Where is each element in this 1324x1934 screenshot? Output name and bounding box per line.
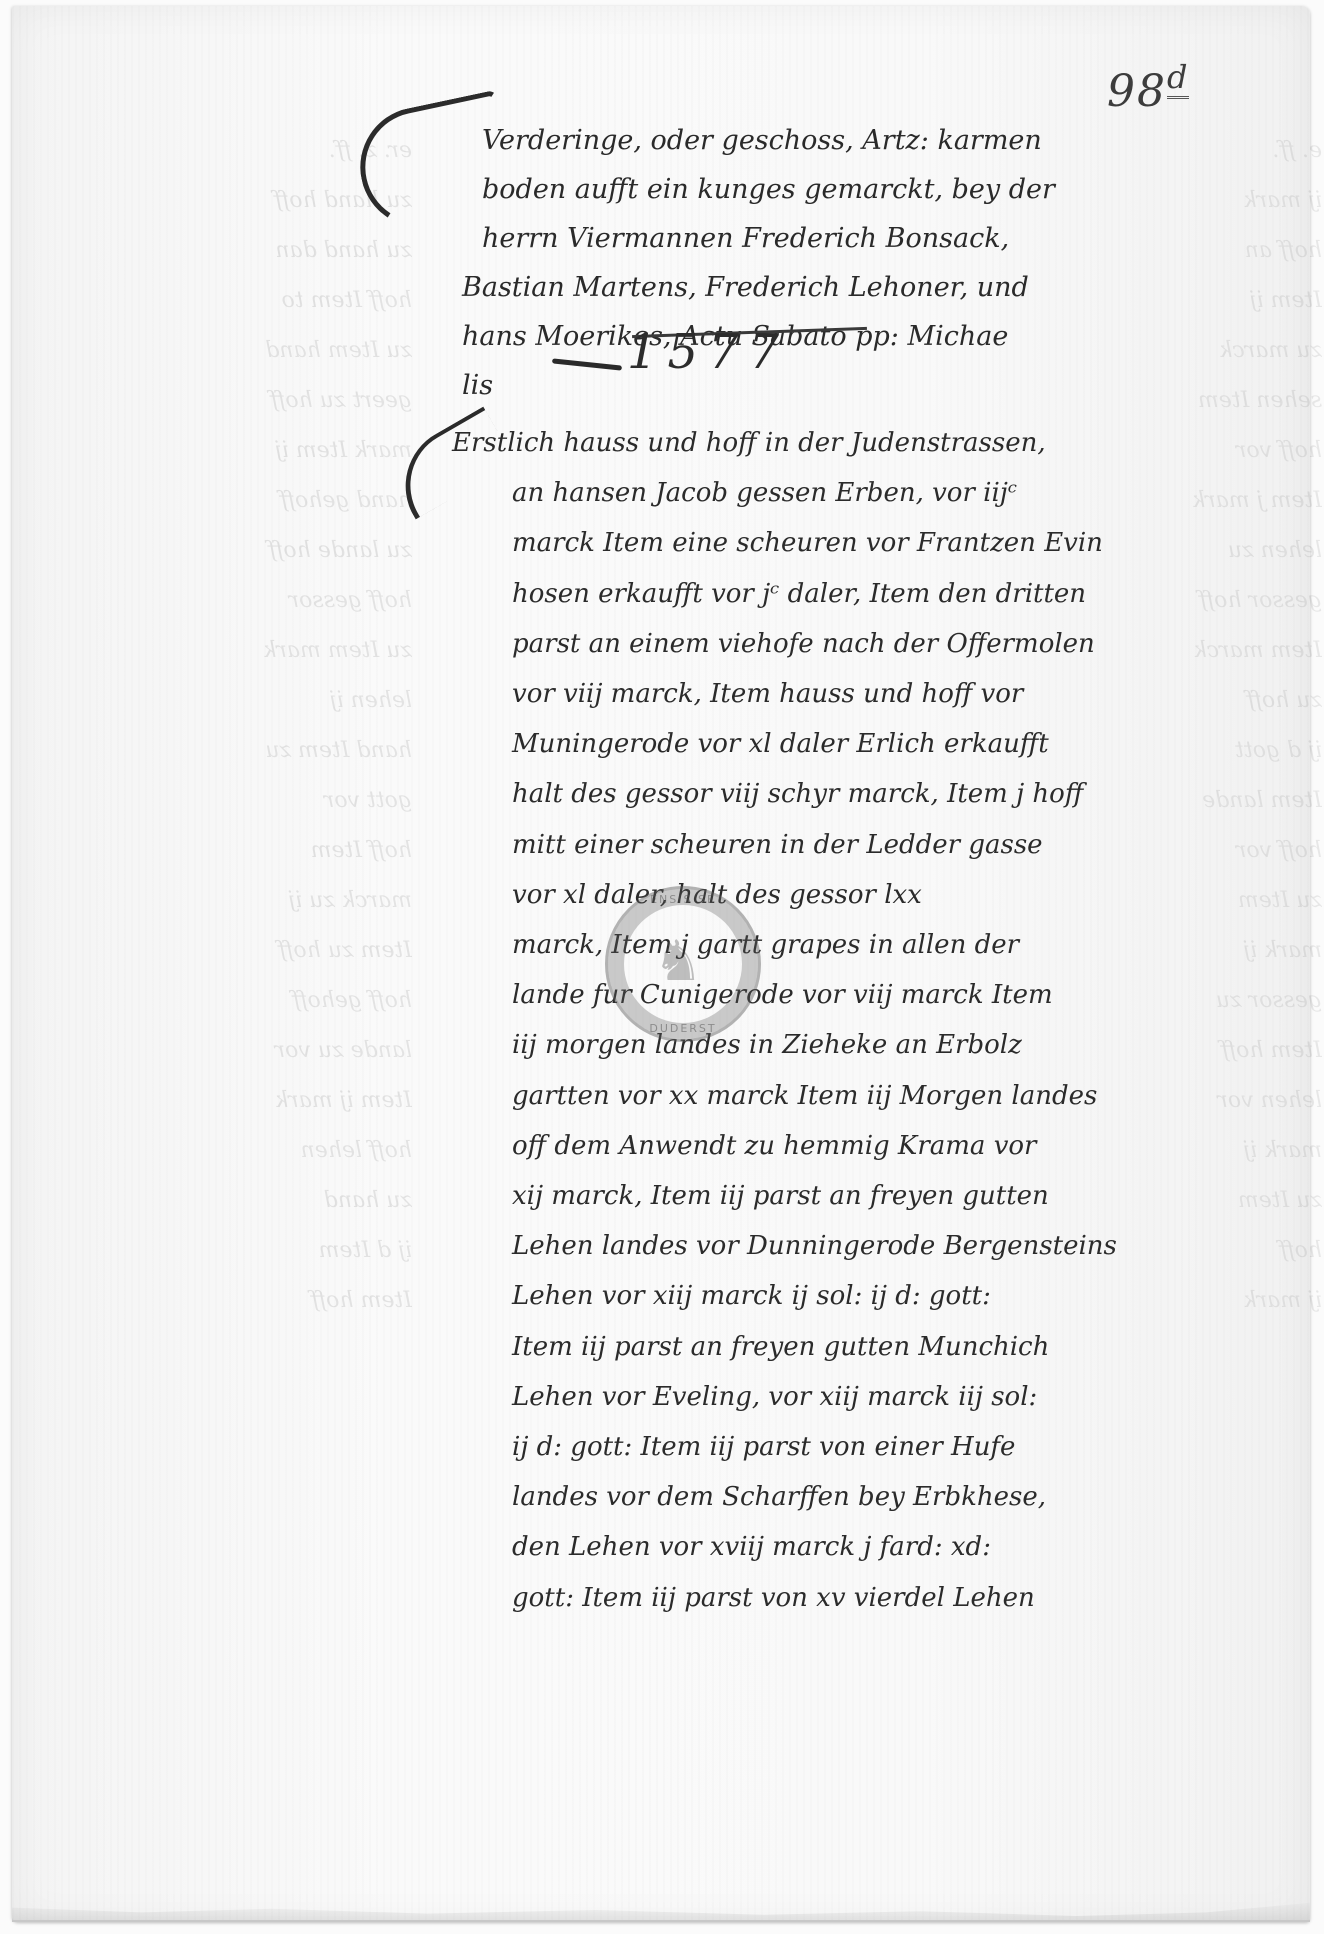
year-value: 1577 xyxy=(627,324,789,380)
lion-emblem-icon: ♞ xyxy=(653,929,703,994)
body-line: den Lehen vor xviij marck j fard: xd: xyxy=(512,1522,1282,1572)
heading-line: Verderinge, oder geschoss, Artz: karmen xyxy=(482,116,1202,165)
folio-number-value: 98 xyxy=(1107,66,1167,117)
body-text-block: Erstlich hauss und hoff in der Judenstra… xyxy=(452,418,1282,1623)
body-line: gott: Item iij parst von xv vierdel Lehe… xyxy=(512,1573,1282,1623)
heading-line: boden aufft ein kunges gemarckt, bey der xyxy=(482,165,1202,214)
stamp-top-text: ENSIS SE xyxy=(608,893,758,906)
body-line: vor viij marck, Item hauss und hoff vor xyxy=(512,669,1282,719)
folio-suffix: d xyxy=(1167,58,1189,99)
library-stamp: ENSIS SE ♞ DUDERST xyxy=(605,886,761,1042)
body-line: Erstlich hauss und hoff in der Judenstra… xyxy=(452,418,1282,468)
stamp-bottom-text: DUDERST xyxy=(608,1022,758,1035)
body-line: ij d: gott: Item iij parst von einer Huf… xyxy=(512,1422,1282,1472)
heading-line: lis xyxy=(462,361,1202,410)
body-line: Lehen vor xiij marck ij sol: ij d: gott: xyxy=(512,1271,1282,1321)
body-line: Item iij parst an freyen gutten Munchich xyxy=(512,1322,1282,1372)
body-line: landes vor dem Scharffen bey Erbkhese, xyxy=(512,1472,1282,1522)
body-line: Muningerode vor xl daler Erlich erkaufft xyxy=(512,719,1282,769)
body-line: halt des gessor viij schyr marck, Item j… xyxy=(512,769,1282,819)
body-line: Lehen landes vor Dunningerode Bergenstei… xyxy=(512,1221,1282,1271)
folio-number: 98d xyxy=(1107,58,1189,117)
body-line: xij marck, Item iij parst an freyen gutt… xyxy=(512,1171,1282,1221)
heading-line: herrn Viermannen Frederich Bonsack, xyxy=(482,214,1202,263)
body-line: marck Item eine scheuren vor Frantzen Ev… xyxy=(512,518,1282,568)
heading-line: Bastian Martens, Frederich Lehoner, und xyxy=(462,263,1202,312)
body-line: gartten vor xx marck Item iij Morgen lan… xyxy=(512,1071,1282,1121)
body-line: off dem Anwendt zu hemmig Krama vor xyxy=(512,1121,1282,1171)
body-line: Lehen vor Eveling, vor xiij marck iij so… xyxy=(512,1372,1282,1422)
bleed-through-text-left: er. z. ff.zu hand hoffzu hand danhoff It… xyxy=(72,126,412,1576)
body-line: mitt einer scheuren in der Ledder gasse xyxy=(512,820,1282,870)
heading-line: hans Moerikes, Actu Sabato pp: Michae xyxy=(462,312,1202,361)
manuscript-page: er. z. ff.zu hand hoffzu hand danhoff It… xyxy=(12,6,1310,1922)
body-line: hosen erkaufft vor jᶜ daler, Item den dr… xyxy=(512,569,1282,619)
year: 1577 xyxy=(627,324,789,380)
body-line: parst an einem viehofe nach der Offermol… xyxy=(512,619,1282,669)
body-line: an hansen Jacob gessen Erben, vor iijᶜ xyxy=(512,468,1282,518)
